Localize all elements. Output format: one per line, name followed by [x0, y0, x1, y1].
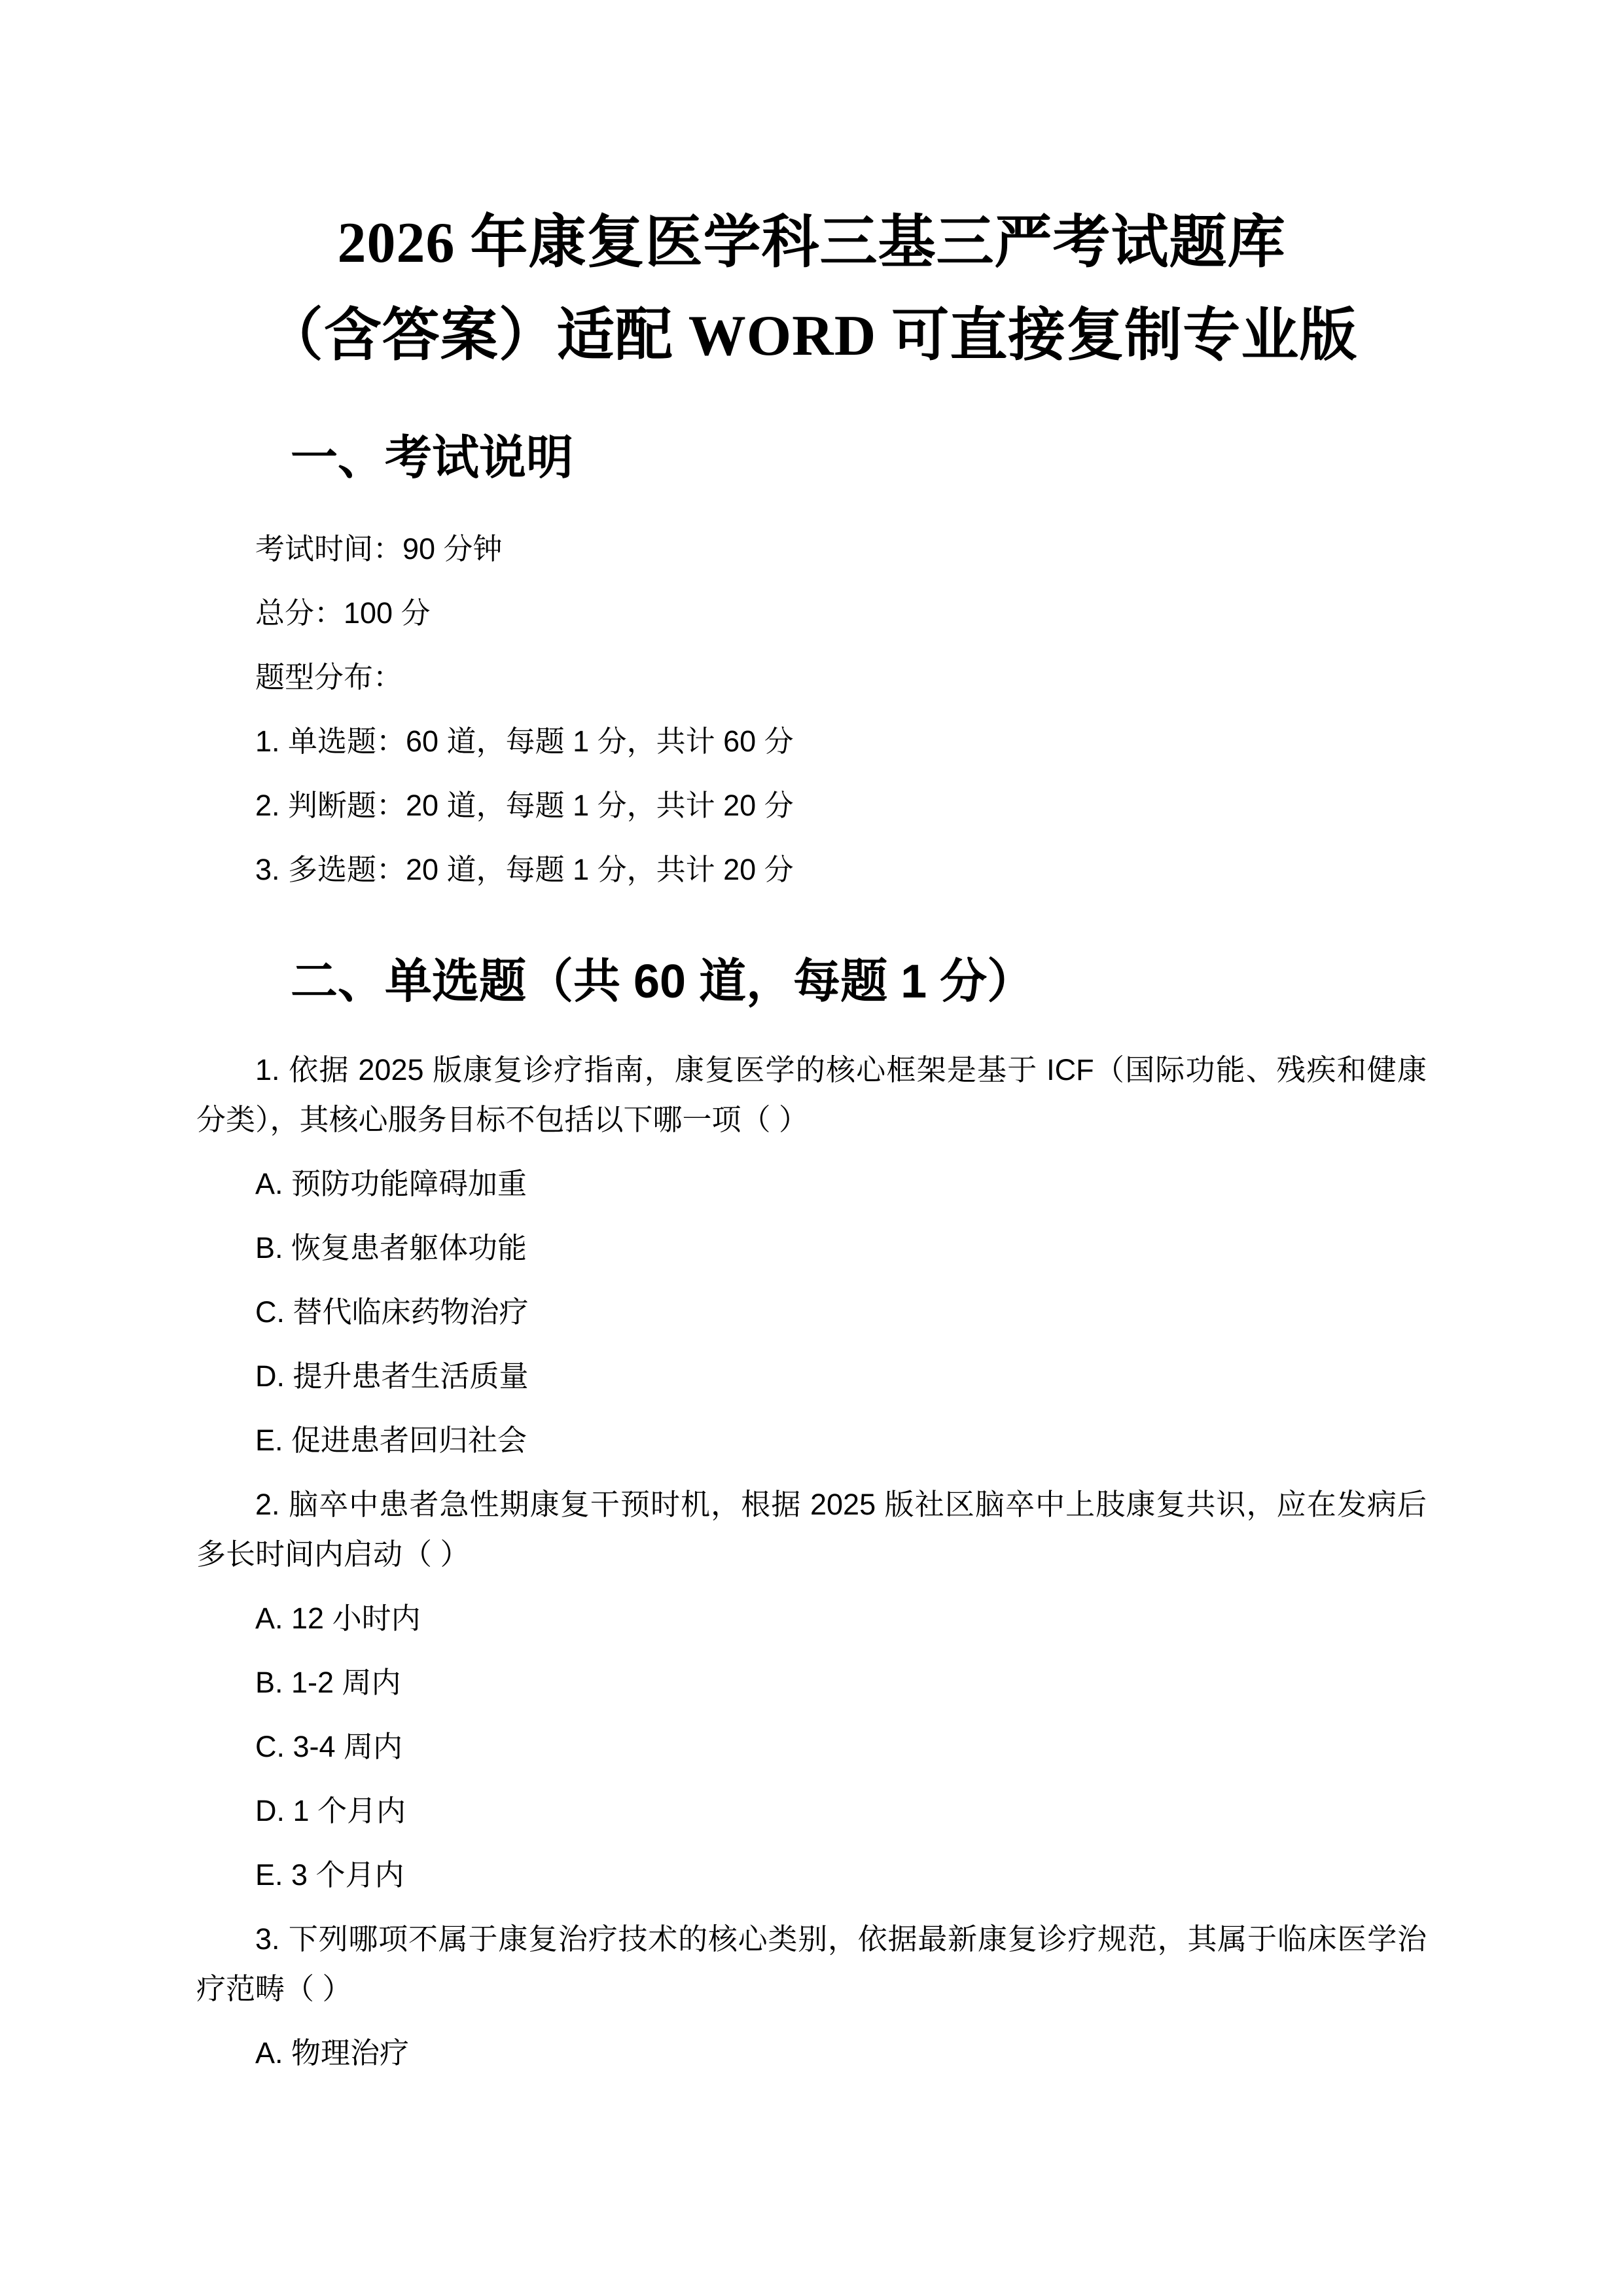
- question-1-option-e: E. 促进患者回归社会: [196, 1416, 1427, 1465]
- exam-info-line-distribution: 题型分布：: [196, 653, 1427, 702]
- section-heading-single-choice: 二、单选题（共 60 道，每题 1 分）: [196, 946, 1427, 1018]
- question-2-option-b: B. 1-2 周内: [196, 1658, 1427, 1708]
- question-2-option-a: A. 12 小时内: [196, 1594, 1427, 1643]
- exam-info-line-multi-choice: 3. 多选题：20 道，每题 1 分，共计 20 分: [196, 845, 1427, 895]
- exam-info-line-single-choice: 1. 单选题：60 道，每题 1 分，共计 60 分: [196, 717, 1427, 766]
- question-3-stem: 3. 下列哪项不属于康复治疗技术的核心类别，依据最新康复诊疗规范，其属于临床医学…: [196, 1914, 1427, 2014]
- exam-info-line-true-false: 2. 判断题：20 道，每题 1 分，共计 20 分: [196, 781, 1427, 831]
- document-title: 2026 年康复医学科三基三严考试题库 （含答案）适配 WORD 可直接复制专业…: [196, 197, 1427, 383]
- exam-info-line-time: 考试时间：90 分钟: [196, 524, 1427, 574]
- title-line-2: （含答案）适配 WORD 可直接复制专业版: [196, 290, 1427, 383]
- question-1-stem: 1. 依据 2025 版康复诊疗指南，康复医学的核心框架是基于 ICF（国际功能…: [196, 1045, 1427, 1145]
- question-1-option-b: B. 恢复患者躯体功能: [196, 1223, 1427, 1273]
- document-page: 2026 年康复医学科三基三严考试题库 （含答案）适配 WORD 可直接复制专业…: [196, 0, 1427, 2092]
- exam-info-line-total: 总分：100 分: [196, 588, 1427, 638]
- question-1-option-d: D. 提升患者生活质量: [196, 1352, 1427, 1401]
- question-1-option-c: C. 替代临床药物治疗: [196, 1287, 1427, 1337]
- question-2-option-c: C. 3-4 周内: [196, 1722, 1427, 1772]
- question-2-option-d: D. 1 个月内: [196, 1786, 1427, 1836]
- title-line-1: 2026 年康复医学科三基三严考试题库: [196, 197, 1427, 290]
- question-3-option-a: A. 物理治疗: [196, 2028, 1427, 2078]
- question-2-option-e: E. 3 个月内: [196, 1850, 1427, 1900]
- question-2-stem: 2. 脑卒中患者急性期康复干预时机，根据 2025 版社区脑卒中上肢康复共识，应…: [196, 1480, 1427, 1579]
- section-heading-exam-info: 一、考试说明: [196, 422, 1427, 494]
- question-1-option-a: A. 预防功能障碍加重: [196, 1159, 1427, 1209]
